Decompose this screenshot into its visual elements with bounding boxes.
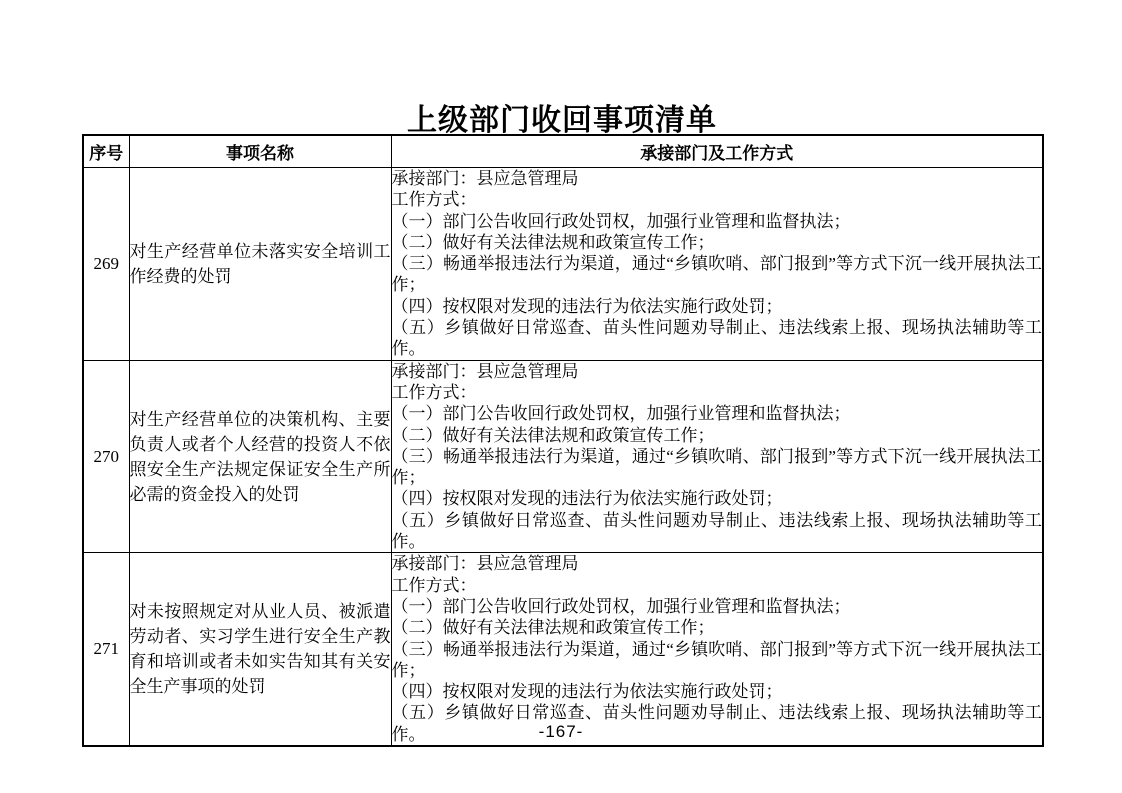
row-serial-number: 270: [83, 360, 129, 553]
method-line: （四）按权限对发现的违法行为依法实施行政处罚；: [392, 681, 1043, 702]
header-item-name: 事项名称: [129, 135, 391, 168]
row-serial-number: 269: [83, 168, 129, 361]
table-row: 271 对未按照规定对从业人员、被派遣劳动者、实习学生进行安全生产教育和培训或者…: [83, 553, 1043, 746]
row-detail-cell: 承接部门：县应急管理局 工作方式： （一）部门公告收回行政处罚权，加强行业管理和…: [391, 168, 1043, 361]
page-number: -167-: [0, 722, 1122, 742]
table-row: 269 对生产经营单位未落实安全培训工作经费的处罚 承接部门：县应急管理局 工作…: [83, 168, 1043, 361]
reclaimed-items-table: 序号 事项名称 承接部门及工作方式 269 对生产经营单位未落实安全培训工作经费…: [82, 134, 1044, 747]
method-line: （三）畅通举报违法行为渠道，通过“乡镇吹哨、部门报到”等方式下沉一线开展执法工作…: [392, 446, 1043, 489]
method-line: （二）做好有关法律法规和政策宣传工作；: [392, 617, 1043, 638]
department-line: 承接部门：县应急管理局: [392, 168, 1043, 189]
row-item-name: 对生产经营单位未落实安全培训工作经费的处罚: [129, 168, 391, 361]
table-header-row: 序号 事项名称 承接部门及工作方式: [83, 135, 1043, 168]
method-label-line: 工作方式：: [392, 189, 1043, 210]
row-detail-cell: 承接部门：县应急管理局 工作方式： （一）部门公告收回行政处罚权，加强行业管理和…: [391, 553, 1043, 746]
department-line: 承接部门：县应急管理局: [392, 553, 1043, 574]
header-department-method: 承接部门及工作方式: [391, 135, 1043, 168]
method-line: （三）畅通举报违法行为渠道，通过“乡镇吹哨、部门报到”等方式下沉一线开展执法工作…: [392, 639, 1043, 682]
department-line: 承接部门：县应急管理局: [392, 361, 1043, 382]
row-item-name: 对生产经营单位的决策机构、主要负责人或者个人经营的投资人不依照安全生产法规定保证…: [129, 360, 391, 553]
table-row: 270 对生产经营单位的决策机构、主要负责人或者个人经营的投资人不依照安全生产法…: [83, 360, 1043, 553]
method-line: （五）乡镇做好日常巡查、苗头性问题劝导制止、违法线索上报、现场执法辅助等工作。: [392, 317, 1043, 360]
method-line: （一）部门公告收回行政处罚权，加强行业管理和监督执法；: [392, 596, 1043, 617]
method-line: （一）部门公告收回行政处罚权，加强行业管理和监督执法；: [392, 211, 1043, 232]
method-line: （四）按权限对发现的违法行为依法实施行政处罚；: [392, 296, 1043, 317]
method-line: （五）乡镇做好日常巡查、苗头性问题劝导制止、违法线索上报、现场执法辅助等工作。: [392, 510, 1043, 553]
header-serial-number: 序号: [83, 135, 129, 168]
row-item-name: 对未按照规定对从业人员、被派遣劳动者、实习学生进行安全生产教育和培训或者未如实告…: [129, 553, 391, 746]
method-label-line: 工作方式：: [392, 575, 1043, 596]
method-line: （二）做好有关法律法规和政策宣传工作；: [392, 425, 1043, 446]
method-line: （一）部门公告收回行政处罚权，加强行业管理和监督执法；: [392, 403, 1043, 424]
document-page: 上级部门收回事项清单 序号 事项名称 承接部门及工作方式 269 对生产经营单位…: [0, 0, 1122, 793]
method-line: （二）做好有关法律法规和政策宣传工作；: [392, 232, 1043, 253]
method-line: （四）按权限对发现的违法行为依法实施行政处罚；: [392, 488, 1043, 509]
row-serial-number: 271: [83, 553, 129, 746]
method-line: （三）畅通举报违法行为渠道，通过“乡镇吹哨、部门报到”等方式下沉一线开展执法工作…: [392, 253, 1043, 296]
page-title: 上级部门收回事项清单: [82, 95, 1042, 139]
row-detail-cell: 承接部门：县应急管理局 工作方式： （一）部门公告收回行政处罚权，加强行业管理和…: [391, 360, 1043, 553]
method-label-line: 工作方式：: [392, 382, 1043, 403]
